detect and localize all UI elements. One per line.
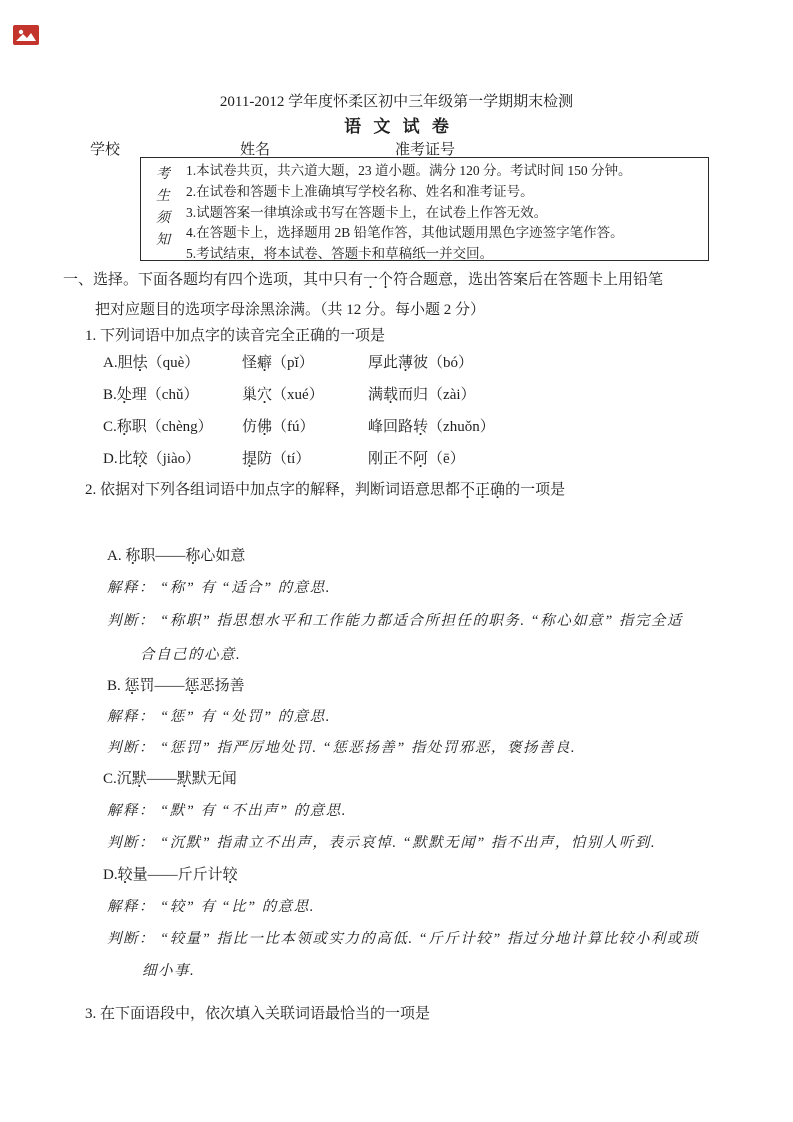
name-label: 姓名 — [240, 138, 270, 159]
exam-paper-page: 2011-2012 学年度怀柔区初中三年级第一学期期末检测 语 文 试 卷 学校… — [0, 0, 793, 1122]
notice-item-2: 2.在试卷和答题卡上准确填写学校名称、姓名和准考证号。 — [186, 182, 708, 203]
question3-stem: 3. 在下面语段中，依次填入关联词语最恰当的一项是 — [85, 1004, 430, 1024]
examinee-notice-box: 考生须知 1.本试卷共页，共六道大题，23 道小题。满分 120 分。考试时间 … — [140, 157, 709, 261]
notice-item-1: 1.本试卷共页，共六道大题，23 道小题。满分 120 分。考试时间 150 分… — [186, 161, 708, 182]
q2-option-a-judge-line2: 合自己的心意. — [140, 645, 241, 665]
q2-option-c-head: C.沉默——默默无闻 — [103, 769, 237, 789]
notice-item-3: 3.试题答案一律填涂或书写在答题卡上，在试卷上作答无效。 — [186, 203, 708, 224]
q1-option-b-word3: 满载而归（zài） — [368, 385, 476, 405]
q1-option-b-word1: B.处理（chǔ） — [103, 385, 198, 405]
q2-option-d-head: D.较量——斤斤计较 — [103, 865, 238, 885]
exam-ticket-number-label: 准考证号 — [395, 138, 455, 159]
q1-option-a-word3: 厚此薄彼（bó） — [368, 353, 473, 373]
notice-item-5: 5.考试结束，将本试卷、答题卡和草稿纸一并交回。 — [186, 244, 708, 265]
q2-option-a-head: A. 称职——称心如意 — [107, 546, 245, 566]
question2-stem: 2. 依据对下列各组词语中加点字的解释，判断词语意思都不正确的一项是 — [85, 480, 565, 500]
q2-option-d-explain: 解释： “较” 有 “比” 的意思. — [107, 897, 315, 917]
school-label: 学校 — [90, 138, 120, 159]
q2-option-a-judge-line1: 判断： “称职” 指思想水平和工作能力都适合所担任的职务. “称心如意” 指完全… — [107, 611, 683, 631]
notice-side-label: 考生须知 — [155, 158, 171, 260]
q2-option-d-judge-line2: 细小事. — [142, 961, 195, 981]
q1-option-a-word2: 怪癖（pǐ） — [242, 353, 314, 373]
paper-title: 语 文 试 卷 — [0, 112, 793, 137]
notice-item-4: 4.在答题卡上，选择题用 2B 铅笔作答，其他试题用黑色字迹签字笔作答。 — [186, 223, 708, 244]
q1-option-c-word1: C.称职（chèng） — [103, 417, 213, 437]
notice-item-list: 1.本试卷共页，共六道大题，23 道小题。满分 120 分。考试时间 150 分… — [171, 158, 708, 260]
q1-option-d-word3: 刚正不阿（ē） — [368, 449, 465, 469]
q1-option-b-word2: 巢穴（xué） — [242, 385, 324, 405]
section1-heading-line2: 把对应题目的选项字母涂黑涂满。（共 12 分。每小题 2 分） — [95, 300, 485, 320]
broken-image-icon — [13, 25, 39, 45]
q2-option-c-explain: 解释： “默” 有 “不出声” 的意思. — [107, 801, 347, 821]
q2-option-b-explain: 解释： “惩” 有 “处罚” 的意思. — [107, 707, 331, 727]
q1-option-c-word3: 峰回路转（zhuǒn） — [368, 417, 495, 437]
q2-option-a-explain: 解释： “称” 有 “适合” 的意思. — [107, 578, 331, 598]
q2-option-b-judge: 判断： “惩罚” 指严厉地处罚. “惩恶扬善” 指处罚邪恶，褒扬善良. — [107, 738, 576, 758]
q1-option-a-word1: A.胆怯（què） — [103, 353, 199, 373]
q2-option-d-judge-line1: 判断： “较量” 指比一比本领或实力的高低. “斤斤计较” 指过分地计算比较小利… — [107, 929, 699, 949]
question1-stem: 1. 下列词语中加点字的读音完全正确的一项是 — [85, 326, 385, 346]
q2-option-c-judge: 判断： “沉默” 指肃立不出声，表示哀悼. “默默无闻” 指不出声，怕别人听到. — [107, 833, 656, 853]
exam-session-title: 2011-2012 学年度怀柔区初中三年级第一学期期末检测 — [0, 90, 793, 111]
section1-heading-line1: 一、选择。下面各题均有四个选项，其中只有一个符合题意，选出答案后在答题卡上用铅笔 — [63, 270, 663, 290]
q1-option-d-word2: 提防（tí） — [242, 449, 310, 469]
q1-option-c-word2: 仿佛（fú） — [242, 417, 315, 437]
q1-option-d-word1: D.比较（jiào） — [103, 449, 200, 469]
q2-option-b-head: B. 惩罚——惩恶扬善 — [107, 676, 245, 696]
